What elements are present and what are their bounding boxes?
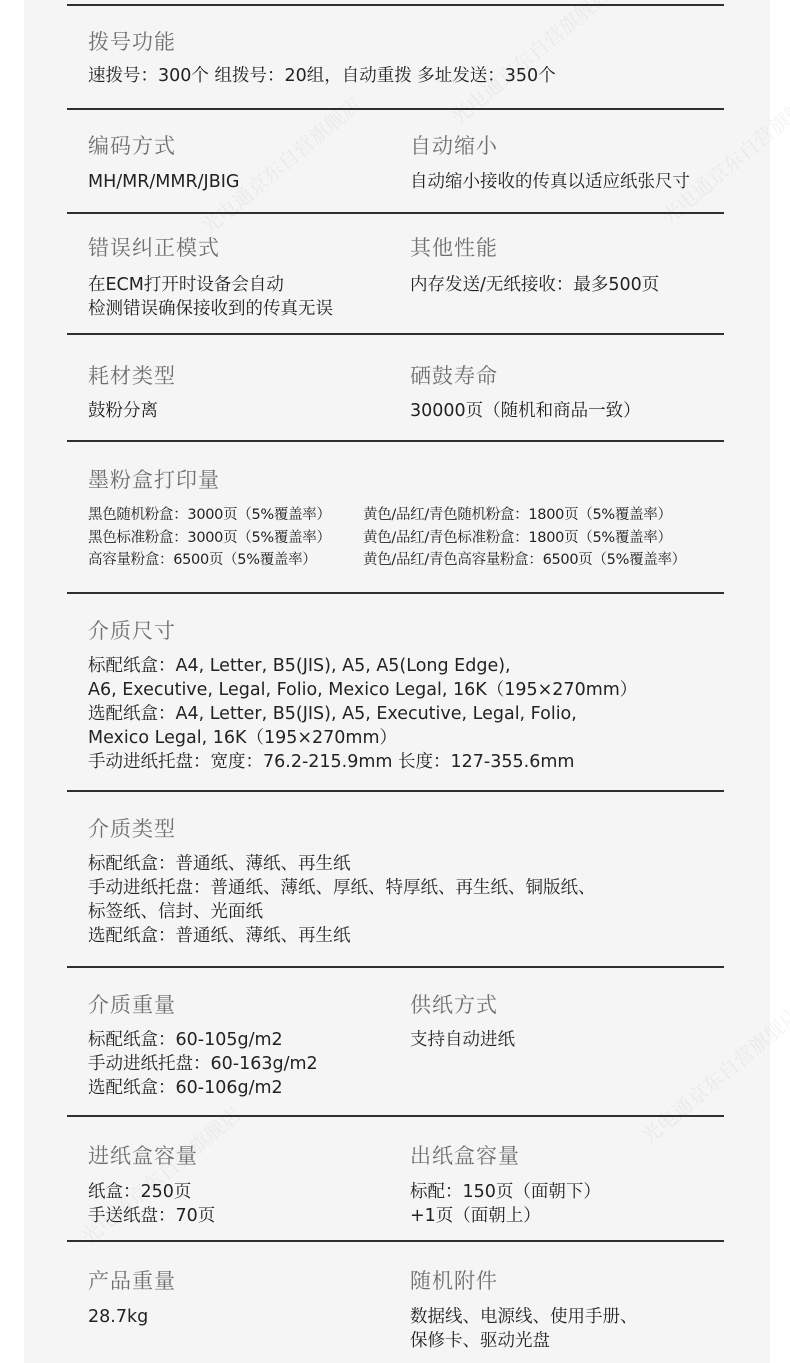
spec-line: 标配：150页（面朝下） — [410, 1180, 601, 1204]
spec-value: 28.7kg — [88, 1305, 148, 1329]
spec-line: 选配纸盒：A4, Letter, B5(JIS), A5, Executive,… — [88, 702, 637, 726]
spec-line: 选配纸盒：60-106g/m2 — [88, 1076, 318, 1100]
spec-section-media-size: 介质尺寸 标配纸盒：A4, Letter, B5(JIS), A5, A5(Lo… — [67, 592, 724, 790]
spec-line: 手动进纸托盘：60-163g/m2 — [88, 1052, 318, 1076]
spec-line: A6, Executive, Legal, Folio, Mexico Lega… — [88, 678, 637, 702]
spec-line: 自动缩小接收的传真以适应纸张尺寸 — [410, 170, 690, 194]
spec-value: 自动缩小接收的传真以适应纸张尺寸 — [410, 170, 690, 194]
spec-line: 标签纸、信封、光面纸 — [88, 900, 596, 924]
spec-value: 速拨号：300个 组拨号：20组，自动重拨 多址发送：350个 — [88, 64, 556, 88]
spec-line: 纸盒：250页 — [88, 1180, 215, 1204]
spec-line: +1页（面朝上） — [410, 1204, 601, 1228]
spec-section-consumables: 耗材类型 鼓粉分离 硒鼓寿命 30000页（随机和商品一致） — [67, 333, 724, 440]
spec-title: 编码方式 — [88, 130, 176, 160]
spec-line: 检测错误确保接收到的传真无误 — [88, 297, 333, 321]
spec-title: 出纸盒容量 — [410, 1140, 520, 1170]
spec-line: 保修卡、驱动光盘 — [410, 1329, 638, 1353]
spec-section-encoding: 编码方式 MH/MR/MMR/JBIG 自动缩小 自动缩小接收的传真以适应纸张尺… — [67, 108, 724, 212]
spec-line: 手动进纸托盘：普通纸、薄纸、厚纸、特厚纸、再生纸、铜版纸、 — [88, 876, 596, 900]
spec-section-error-correction: 错误纠正模式 在ECM打开时设备会自动 检测错误确保接收到的传真无误 其他性能 … — [67, 212, 724, 333]
spec-line: 黄色/品红/青色随机粉盒：1800页（5%覆盖率） — [363, 504, 686, 527]
spec-title: 供纸方式 — [410, 989, 498, 1019]
spec-line: 手送纸盘：70页 — [88, 1204, 215, 1228]
spec-section-tray-capacity: 进纸盒容量 纸盒：250页 手送纸盘：70页 出纸盒容量 标配：150页（面朝下… — [67, 1115, 724, 1240]
spec-title: 墨粉盒打印量 — [88, 464, 220, 494]
spec-line: MH/MR/MMR/JBIG — [88, 170, 239, 194]
spec-value: 30000页（随机和商品一致） — [410, 399, 641, 423]
spec-line: 28.7kg — [88, 1305, 148, 1329]
spec-section-toner-yield: 墨粉盒打印量 黑色随机粉盒：3000页（5%覆盖率） 黑色标准粉盒：3000页（… — [67, 440, 724, 592]
spec-section-product-weight: 产品重量 28.7kg 随机附件 数据线、电源线、使用手册、 保修卡、驱动光盘 — [67, 1240, 724, 1363]
spec-line: 黄色/品红/青色标准粉盒：1800页（5%覆盖率） — [363, 527, 686, 550]
spec-line: 30000页（随机和商品一致） — [410, 399, 641, 423]
spec-title: 介质类型 — [88, 813, 176, 843]
spec-value: 支持自动进纸 — [410, 1028, 515, 1052]
spec-title: 硒鼓寿命 — [410, 360, 498, 390]
spec-title: 介质尺寸 — [88, 615, 176, 645]
spec-value: 在ECM打开时设备会自动 检测错误确保接收到的传真无误 — [88, 273, 333, 321]
spec-title: 产品重量 — [88, 1265, 176, 1295]
spec-line: 支持自动进纸 — [410, 1028, 515, 1052]
spec-line: 鼓粉分离 — [88, 399, 158, 423]
spec-value: MH/MR/MMR/JBIG — [88, 170, 239, 194]
spec-title: 耗材类型 — [88, 360, 176, 390]
spec-line: 黄色/品红/青色高容量粉盒：6500页（5%覆盖率） — [363, 549, 686, 572]
spec-title: 自动缩小 — [410, 130, 498, 160]
spec-value: 黑色随机粉盒：3000页（5%覆盖率） 黑色标准粉盒：3000页（5%覆盖率） … — [88, 504, 331, 572]
spec-title: 错误纠正模式 — [88, 232, 220, 262]
spec-section-dialing: 拨号功能 速拨号：300个 组拨号：20组，自动重拨 多址发送：350个 — [67, 4, 724, 108]
spec-section-media-weight: 介质重量 标配纸盒：60-105g/m2 手动进纸托盘：60-163g/m2 选… — [67, 966, 724, 1115]
spec-value: 数据线、电源线、使用手册、 保修卡、驱动光盘 — [410, 1305, 638, 1353]
spec-value: 标配纸盒：60-105g/m2 手动进纸托盘：60-163g/m2 选配纸盒：6… — [88, 1028, 318, 1100]
spec-value: 标配纸盒：普通纸、薄纸、再生纸 手动进纸托盘：普通纸、薄纸、厚纸、特厚纸、再生纸… — [88, 852, 596, 948]
spec-line: 黑色随机粉盒：3000页（5%覆盖率） — [88, 504, 331, 527]
spec-line: 速拨号：300个 组拨号：20组，自动重拨 多址发送：350个 — [88, 64, 556, 88]
spec-value: 内存发送/无纸接收：最多500页 — [410, 273, 659, 297]
spec-line: 标配纸盒：60-105g/m2 — [88, 1028, 318, 1052]
spec-line: 标配纸盒：普通纸、薄纸、再生纸 — [88, 852, 596, 876]
spec-title: 其他性能 — [410, 232, 498, 262]
spec-line: Mexico Legal, 16K（195×270mm） — [88, 726, 637, 750]
spec-value: 标配：150页（面朝下） +1页（面朝上） — [410, 1180, 601, 1228]
spec-title: 拨号功能 — [88, 26, 176, 56]
spec-value: 黄色/品红/青色随机粉盒：1800页（5%覆盖率） 黄色/品红/青色标准粉盒：1… — [363, 504, 686, 572]
spec-value: 鼓粉分离 — [88, 399, 158, 423]
spec-line: 数据线、电源线、使用手册、 — [410, 1305, 638, 1329]
spec-line: 高容量粉盒：6500页（5%覆盖率） — [88, 549, 331, 572]
spec-line: 内存发送/无纸接收：最多500页 — [410, 273, 659, 297]
spec-line: 黑色标准粉盒：3000页（5%覆盖率） — [88, 527, 331, 550]
spec-title: 介质重量 — [88, 989, 176, 1019]
spec-section-media-type: 介质类型 标配纸盒：普通纸、薄纸、再生纸 手动进纸托盘：普通纸、薄纸、厚纸、特厚… — [67, 790, 724, 966]
spec-line: 标配纸盒：A4, Letter, B5(JIS), A5, A5(Long Ed… — [88, 654, 637, 678]
spec-title: 随机附件 — [410, 1265, 498, 1295]
spec-title: 进纸盒容量 — [88, 1140, 198, 1170]
spec-value: 标配纸盒：A4, Letter, B5(JIS), A5, A5(Long Ed… — [88, 654, 637, 774]
spec-line: 在ECM打开时设备会自动 — [88, 273, 333, 297]
spec-line: 选配纸盒：普通纸、薄纸、再生纸 — [88, 924, 596, 948]
spec-value: 纸盒：250页 手送纸盘：70页 — [88, 1180, 215, 1228]
spec-line: 手动进纸托盘：宽度：76.2-215.9mm 长度：127-355.6mm — [88, 750, 637, 774]
